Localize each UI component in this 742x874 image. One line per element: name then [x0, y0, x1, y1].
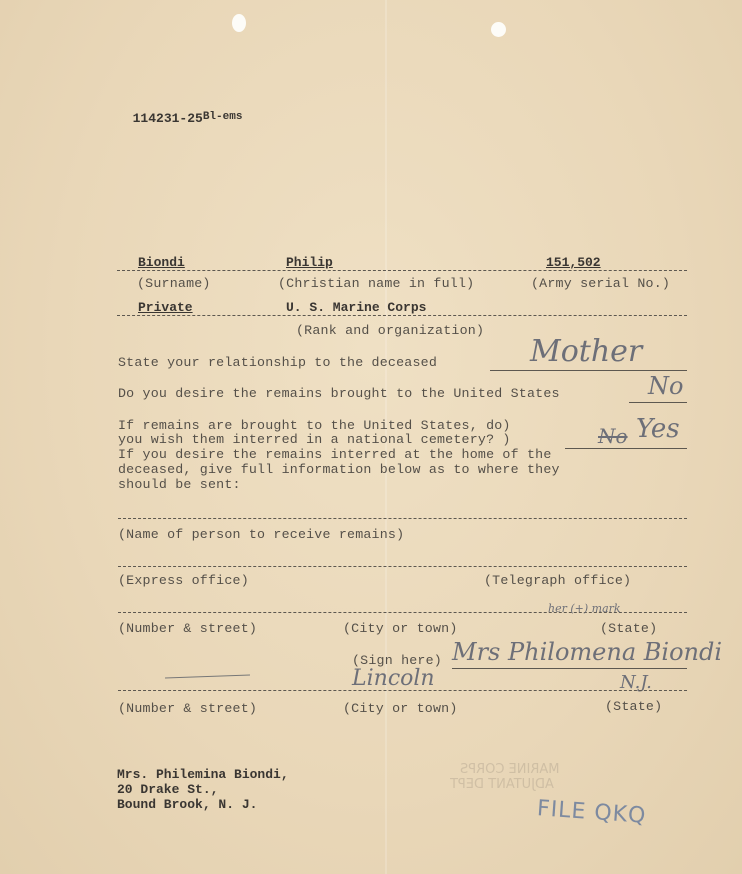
telegraph-office-label: (Telegraph office): [484, 573, 631, 588]
office-line: [118, 566, 687, 567]
rank-line: [117, 315, 687, 316]
signature-line: [452, 668, 687, 669]
punch-hole-right: [491, 22, 506, 37]
city-town-label-1: (City or town): [343, 621, 458, 636]
rank-value: Private: [138, 300, 193, 315]
bleed-through-stamp-1: MARINE CORPS: [460, 762, 559, 777]
christian-name-value: Philip: [286, 255, 333, 270]
city-town-label-2: (City or town): [343, 701, 458, 716]
surname-label: (Surname): [137, 276, 211, 291]
state-label-1: (State): [600, 621, 657, 636]
serial-number-value: 151,502: [546, 255, 601, 270]
cemetery-question-1: If remains are brought to the United Sta…: [118, 418, 511, 433]
name-line: [117, 270, 687, 271]
relationship-question: State your relationship to the deceased: [118, 355, 437, 370]
rank-org-label: (Rank and organization): [296, 323, 484, 338]
bleed-through-stamp-2: ADJUTANT DEPT: [450, 777, 554, 792]
city-answer: Lincoln: [352, 666, 435, 691]
reference-main: 114231-25: [133, 111, 203, 126]
surname-value: Biondi: [138, 255, 185, 270]
home-instruction-1: If you desire the remains interred at th…: [118, 447, 552, 462]
remains-question: Do you desire the remains brought to the…: [118, 386, 560, 401]
address-line-2: [118, 690, 687, 691]
home-instruction-3: should be sent:: [118, 477, 241, 492]
receiver-name-label: (Name of person to receive remains): [118, 527, 404, 542]
organization-value: U. S. Marine Corps: [286, 300, 426, 315]
receiver-line: [118, 518, 687, 519]
mark-annotation: her (+) mark: [548, 602, 621, 615]
signature: Mrs Philomena Biondi: [452, 638, 722, 666]
number-street-label-1: (Number & street): [118, 621, 257, 636]
relationship-answer-line: [490, 370, 687, 371]
cemetery-struck-answer: No: [598, 424, 628, 448]
cemetery-answer: Yes: [636, 414, 680, 444]
cemetery-question-2: you wish them interred in a national cem…: [118, 432, 511, 447]
state-label-2: (State): [605, 699, 662, 714]
christian-name-label: (Christian name in full): [278, 276, 474, 291]
addressee-line-1: Mrs. Philemina Biondi,: [117, 767, 289, 782]
express-office-label: (Express office): [118, 573, 249, 588]
addressee-line-3: Bound Brook, N. J.: [117, 797, 257, 812]
number-street-label-2: (Number & street): [118, 701, 257, 716]
reference-suffix: Bl-ems: [203, 111, 243, 123]
serial-label: (Army serial No.): [531, 276, 670, 291]
remains-answer: No: [648, 372, 683, 400]
addressee-line-2: 20 Drake St.,: [117, 782, 218, 797]
home-instruction-2: deceased, give full information below as…: [118, 462, 560, 477]
reference-number: 114231-25Bl-ems: [117, 96, 242, 126]
cemetery-answer-line: [565, 448, 687, 449]
remains-answer-line: [629, 402, 687, 403]
punch-hole-left: [232, 14, 246, 32]
relationship-answer: Mother: [530, 334, 642, 369]
